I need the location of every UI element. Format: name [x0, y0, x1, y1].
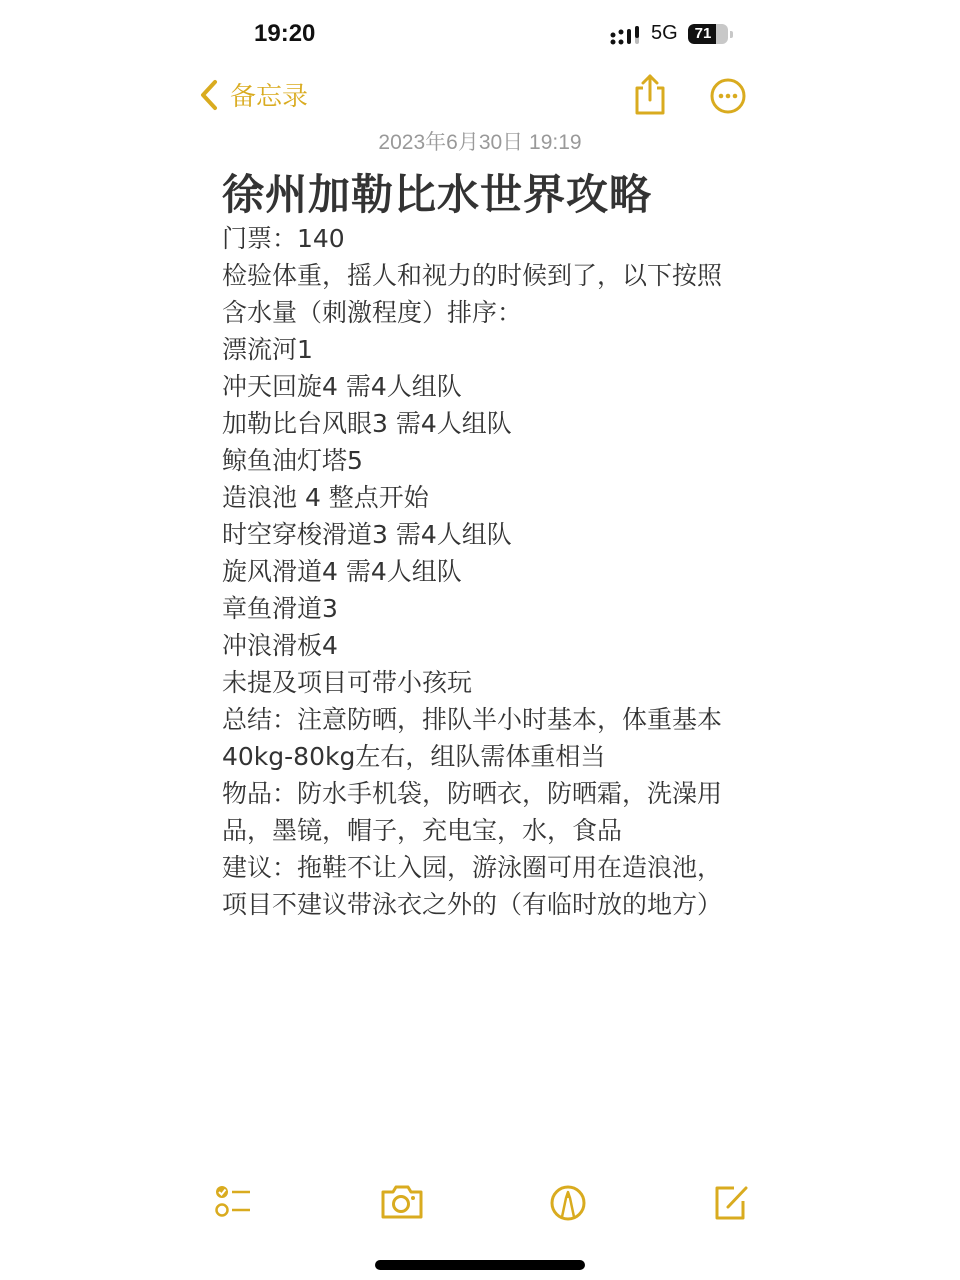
- network-type: 5G: [651, 22, 678, 45]
- note-line: 建议：拖鞋不让入园，游泳圈可用在造浪池，项目不建议带泳衣之外的（有临时放的地方）: [222, 849, 742, 923]
- note-line: 冲天回旋4 需4人组队: [222, 368, 742, 405]
- battery-level: 71: [688, 24, 718, 44]
- signal-icon: [610, 26, 642, 46]
- battery-icon: 71: [688, 24, 728, 44]
- camera-icon[interactable]: [379, 1180, 425, 1226]
- back-button[interactable]: 备忘录: [198, 76, 308, 113]
- note-line: 时空穿梭滑道3 需4人组队: [222, 516, 742, 553]
- checklist-icon[interactable]: [212, 1180, 258, 1226]
- status-time: 19:20: [254, 20, 315, 48]
- note-line: 漂流河1: [222, 331, 742, 368]
- note-date: 2023年6月30日 19:19: [0, 126, 960, 156]
- bottom-toolbar: [0, 1180, 960, 1230]
- note-line: 物品：防水手机袋，防晒衣，防晒霜，洗澡用品，墨镜，帽子，充电宝，水，食品: [222, 775, 742, 849]
- note-line: 造浪池 4 整点开始: [222, 479, 742, 516]
- back-label: 备忘录: [230, 76, 308, 113]
- nav-bar: 备忘录: [0, 70, 960, 120]
- chevron-left-icon: [198, 78, 220, 112]
- ellipsis-circle-icon[interactable]: [708, 72, 748, 116]
- battery-tip: [730, 31, 733, 38]
- note-line: 未提及项目可带小孩玩: [222, 664, 742, 701]
- note-body[interactable]: 门票：140 检验体重，摇人和视力的时候到了，以下按照含水量（刺激程度）排序： …: [222, 220, 742, 923]
- note-line: 加勒比台风眼3 需4人组队: [222, 405, 742, 442]
- note-title[interactable]: 徐州加勒比水世界攻略: [222, 162, 652, 222]
- home-indicator[interactable]: [375, 1260, 585, 1270]
- note-line: 检验体重，摇人和视力的时候到了，以下按照含水量（刺激程度）排序：: [222, 257, 742, 331]
- compose-icon[interactable]: [710, 1180, 756, 1226]
- note-line: 冲浪滑板4: [222, 627, 742, 664]
- markup-icon[interactable]: [545, 1180, 591, 1226]
- share-icon[interactable]: [630, 72, 670, 116]
- note-line: 章鱼滑道3: [222, 590, 742, 627]
- note-line: 旋风滑道4 需4人组队: [222, 553, 742, 590]
- status-bar: 19:20 5G 71: [0, 18, 960, 54]
- note-line: 门票：140: [222, 220, 742, 257]
- note-line: 鲸鱼油灯塔5: [222, 442, 742, 479]
- note-line: 总结：注意防晒，排队半小时基本，体重基本 40kg-80kg左右，组队需体重相当: [222, 701, 742, 775]
